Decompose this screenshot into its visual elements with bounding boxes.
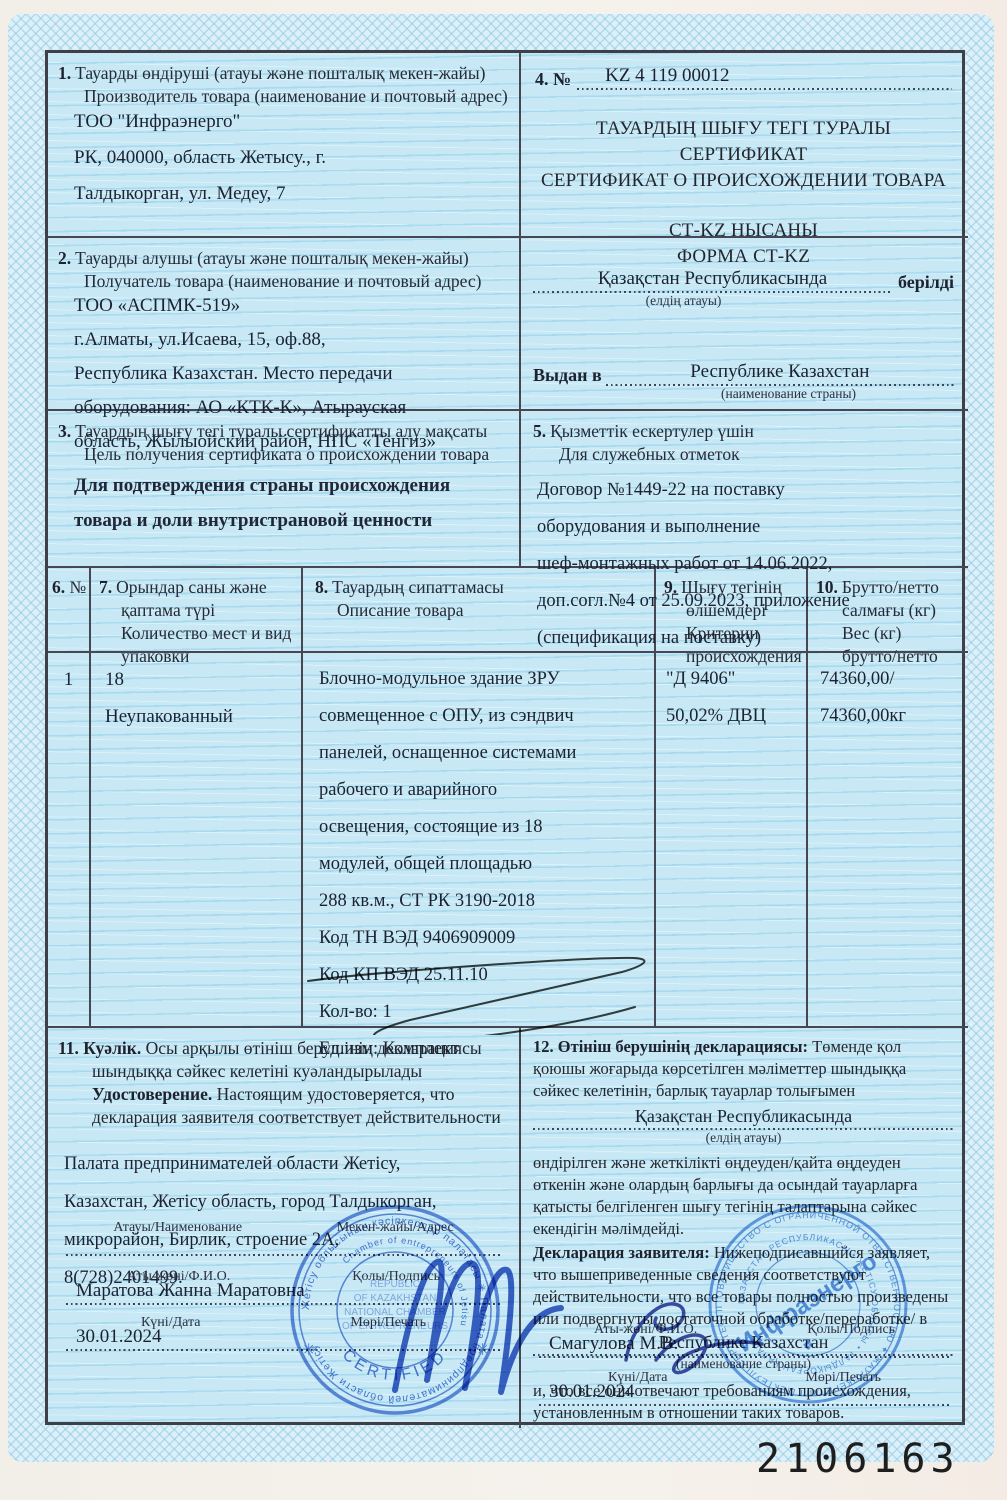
box4-certificate-number: 4. № KZ 4 119 00012 ТАУАРДЫҢ ШЫҒУ ТЕГІ Т…	[521, 53, 968, 238]
goods-header-places-num: 7.	[99, 577, 112, 597]
box1-number: 1.	[58, 63, 71, 83]
signature-right-scribble	[612, 1290, 792, 1400]
goods-row-no: 1	[48, 653, 91, 1028]
goods-header-no-num: 6.	[52, 577, 65, 597]
box11-kk-bold: Куәлік.	[83, 1038, 141, 1058]
box4-no-sign: №	[553, 69, 571, 90]
goods-row-weight: 74360,00/ 74360,00кг	[808, 653, 968, 1028]
goods-header-description-text: Тауардың сипаттамасы Описание товара	[332, 577, 504, 620]
box11-number: 11.	[58, 1038, 79, 1058]
box12-kk-bold: Өтініш берушінің декларациясы:	[558, 1037, 808, 1056]
issued-berildi: берілді	[898, 272, 954, 293]
box5-label: Қызметтік ескертулер үшін Для служебных …	[550, 421, 754, 464]
signature-left-row2-label-left: Аты-жөні/Ф.И.О.	[127, 1269, 230, 1285]
signature-left-scribble	[365, 1250, 575, 1420]
box5-number: 5.	[533, 421, 546, 441]
pen-flourish-signature	[290, 945, 660, 1035]
certificate-title: ТАУАРДЫҢ ШЫҒУ ТЕГІ ТУРАЛЫ СЕРТИФИКАТ СЕР…	[535, 116, 952, 194]
box5-value: Договор №1449-22 на поставку оборудовани…	[537, 472, 958, 657]
issued-vydan-label: Выдан в	[533, 365, 602, 386]
box2-label: Тауарды алушы (атауы және пошталық мекен…	[75, 248, 481, 291]
box1-producer: 1.Тауарды өндіруші (атауы және пошталық …	[48, 53, 521, 238]
box3-purpose: 3.Тауардың шығу тегі туралы сертификатты…	[48, 411, 521, 568]
box12-hint-kk: (елдің атауы)	[533, 1130, 954, 1146]
box2-receiver: 2.Тауарды алушы (атауы және пошталық мек…	[48, 238, 521, 411]
certificate-page: 1.Тауарды өндіруші (атауы және пошталық …	[0, 0, 1007, 1500]
box3-label: Тауардың шығу тегі туралы сертификатты а…	[75, 421, 489, 464]
company-stamp-diamond: ❖	[802, 1337, 815, 1353]
signature-left-row3-label-left: Күні/Дата	[141, 1315, 201, 1331]
box3-number: 3.	[58, 421, 71, 441]
issued-hint-ru: (наименование страны)	[623, 386, 954, 402]
chamber-stamp-asterisk-left: ✳	[302, 1342, 315, 1359]
box12-country-kk: Қазақстан Республикасында	[635, 1106, 852, 1126]
certificate-number-value: KZ 4 119 00012	[605, 65, 729, 86]
serial-number: 2106163	[756, 1436, 960, 1482]
goods-header-no-text: №	[70, 577, 87, 597]
issued-country-kk: Қазақстан Республикасында	[598, 268, 827, 289]
goods-header-description-num: 8.	[315, 577, 328, 597]
box12-number: 12.	[533, 1037, 554, 1056]
box1-label: Тауарды өндіруші (атауы және пошталық ме…	[75, 63, 508, 106]
goods-header-places: 7.Орындар саны және қаптама түрі Количес…	[91, 568, 303, 653]
issued-country-ru: Республике Казахстан	[690, 361, 869, 382]
goods-header-no: 6. №	[48, 568, 91, 653]
issued-in-block: Қазақстан Республикасында берілді (елдің…	[521, 238, 968, 411]
box11-kk-text: Осы арқылы өтініш берушінің декларациясы…	[92, 1038, 482, 1081]
box11-ru-bold: Удостоверение.	[92, 1084, 212, 1104]
signature-left-row1-label-left: Атауы/Наименование	[113, 1220, 242, 1236]
box5-service-notes: 5.Қызметтік ескертулер үшін Для служебны…	[521, 411, 968, 568]
goods-row-criteria: "Д 9406" 50,02% ДВЦ	[656, 653, 808, 1028]
box4-number: 4.	[535, 69, 549, 90]
box1-value: ТОО "Инфраэнерго" РК, 040000, область Же…	[74, 104, 509, 212]
goods-row-places: 18 Неупакованный	[91, 653, 303, 1028]
issued-hint-kk: (елдің атауы)	[533, 293, 834, 309]
box2-number: 2.	[58, 248, 71, 268]
box3-value: Для подтверждения страны происхождения т…	[74, 468, 509, 538]
